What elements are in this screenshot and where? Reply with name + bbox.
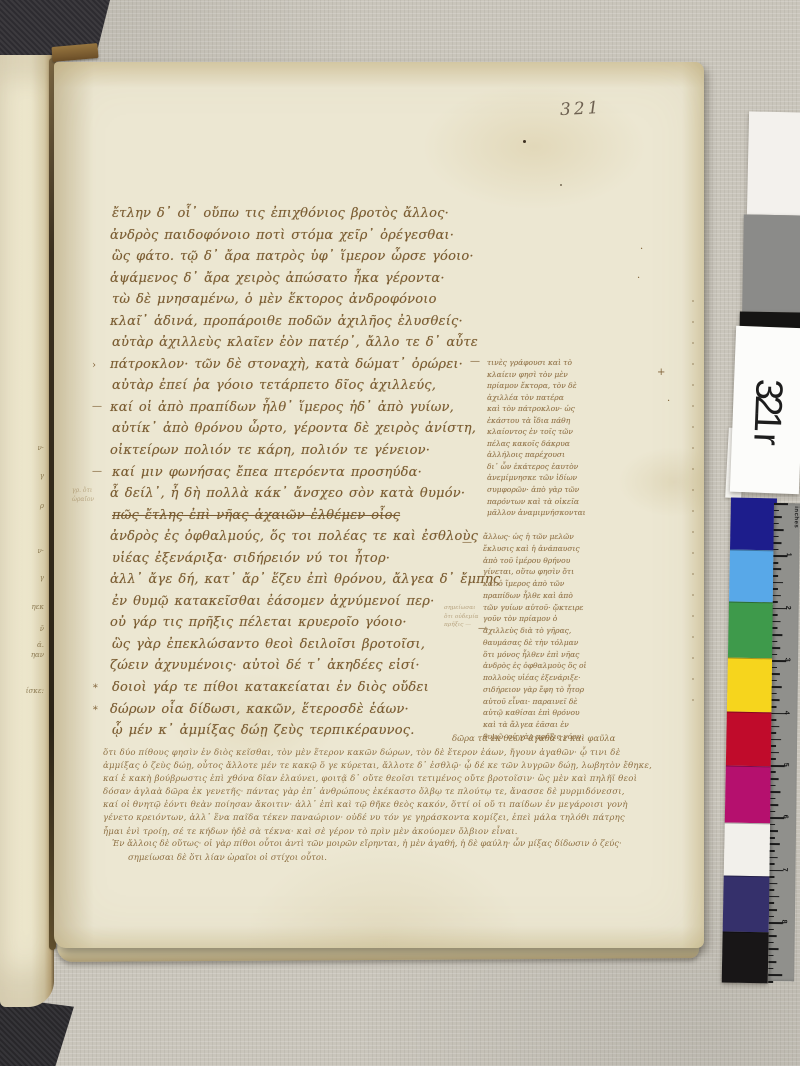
folio-label-card: 321 r [730,326,800,495]
ruler-tick [772,706,777,708]
pricking-dot [692,363,694,365]
color-patch-green [728,602,775,659]
left-margin-mark: — [92,466,102,477]
ruler-tick [769,942,774,944]
scholium-line: θαυμάσας δὲ τὴν τόλμαν [483,637,645,649]
ruler-tick [772,693,777,695]
ruler-number: 3 [784,658,791,662]
verse-line: ὣς φάτο. τῷ δ᾽ ἄρα πατρὸς ὑφ᾽ ἵμερον ὦρσ… [112,246,502,268]
verse-line: αὐτὰρ ἐπεί ῥα γόοιο τετάρπετο δῖος ἀχιλλ… [112,375,502,397]
ruler-tick [770,804,778,806]
left-margin-mark: — [92,401,102,412]
ruler-tick [768,974,782,976]
scholium-line: ἀχιλλέα τὸν πατέρα [487,392,645,404]
ruler-tick [772,680,777,682]
ruler-tick [772,667,777,669]
ruler-tick [769,929,774,931]
pricking-dot [692,489,694,491]
verse-line: ἀνδρὸς ἐς ὀφθαλμούς, ὅς τοι πολέας τε κα… [110,526,502,548]
verse-line: πῶς ἔτλης ἐπὶ νῆας ἀχαιῶν ἐλθέμεν οἶος [112,505,502,527]
pricking-dot [692,321,694,323]
edge-fragment: ά. [2,641,44,649]
color-patch-red [726,712,773,767]
scholium-line: ἀπὸ τοῦ ἱμέρου θρήνου [483,555,645,567]
ruler-tick [770,850,775,852]
ruler-tick [771,745,776,747]
scholium-line: δόσαν ἀγλαὰ δῶρα ἐκ γενετῆς· πάντας γὰρ … [103,786,649,799]
scholium-line: ἀλλήλοις παρέχουσι [487,449,645,461]
ruler-tick [773,588,778,590]
edge-fragment: ίσκε: [2,687,44,695]
scholium-line: καί οἱ θνητῷ ἐόντι θεὰν ποίησαν ἄκοιτιν·… [103,799,649,812]
scholium-line: συμφορῶν· ἀπὸ γὰρ τῶν [487,484,645,496]
ruler-tick [774,510,779,512]
right-margin-scholia-block-2: ἄλλως· ὡς ἡ τῶν μελῶνἔκλυσις καὶ ἡ ἀνάπα… [483,531,645,743]
pricking-dot [692,594,694,596]
ruler-tick [768,968,773,970]
edge-fragment: ν· [2,547,44,555]
ruler-tick [771,719,776,721]
scholium-line: ἄλλως· ὡς ἡ τῶν μελῶν [483,531,645,543]
color-patch-magenta [725,766,772,824]
ruler-tick [774,542,782,544]
scholium-line: πέλας κακοῖς δάκρυα [487,438,645,450]
scholium-line: ἧμαι ἐνὶ τροίῃ, σέ τε κήδων ἠδὲ σὰ τέκνα… [103,826,649,839]
right-margin-mark: — [478,623,488,634]
ruler-tick [769,935,777,937]
gutter-note-line: γρ. ὅτι [72,487,108,496]
ruler-tick [770,824,775,826]
right-margin-mark: — [470,356,480,367]
ruler-tick [771,739,781,741]
ruler-tick [772,640,777,642]
ruler-tick [773,595,781,597]
pricking-dot [692,342,694,344]
verse-line: οἰκτείρων πολιόν τε κάρη, πολιόν τε γένε… [110,440,502,462]
ruler-tick [769,948,779,950]
color-patch-white [724,822,771,876]
ruler-tick [770,837,775,839]
scholium-line: γένετο κρειόντων, ἀλλ᾽ ἕνα παῖδα τέκεν π… [103,812,649,825]
ruler-tick [771,778,779,780]
ruler-number: 7 [781,867,788,871]
edge-fragment: ρ [2,502,44,510]
ruler-tick [773,549,778,551]
bottom-scholia-block: ὅτι δύο πίθους φησὶν ἐν διὸς κεῖσθαι, τὸ… [103,747,649,839]
ruler-tick [768,961,776,963]
verse-line: τὼ δὲ μνησαμένω, ὁ μὲν ἕκτορος ἀνδροφόνο… [112,289,502,311]
ruler-tick [771,785,776,787]
scholium-line: κλαίοντος ἐν τοῖς τῶν [487,426,645,438]
right-margin-scholia-block-1: τινὲς γράφουσι καὶ τὸκλαίειν φησὶ τὸν μὲ… [487,357,645,519]
ruler-number: 4 [783,710,790,714]
pricking-dot [692,678,694,680]
verse-line: αὐτὰρ ἀχιλλεὺς κλαῖεν ἑὸν πατέρ᾽, ἄλλο τ… [112,332,502,354]
ruler-tick [772,634,782,636]
pricking-dot [692,510,694,512]
scholium-line: ἀμμίξας ὁ ζεὺς δώῃ, οὗτος ἄλλοτε μέν τε … [103,760,649,773]
scholium-line: κλαίειν φησὶ τὸν μὲν [487,369,645,381]
ruler-tick [770,843,780,845]
grayscale-card-gray [742,214,800,312]
verse-line: ὣς γὰρ ἐπεκλώσαντο θεοὶ δειλοῖσι βροτοῖσ… [112,634,502,656]
left-margin-mark: › [92,360,96,371]
scholium-line: τινὲς γράφουσι καὶ τὸ [487,357,645,369]
color-patch-black [722,931,769,983]
ruler-unit-label: inches [793,506,799,528]
ruler-tick [773,614,778,616]
scholium-line: ὅτι μόνος ἦλθεν ἐπὶ νῆας [483,649,645,661]
ruler-tick [769,889,774,891]
ruler-tick [773,568,781,570]
left-margin-mark: ∗ [92,681,99,692]
pricking-dot [692,699,694,701]
color-patch-light-blue [729,550,776,603]
ruler-tick [774,523,779,525]
scholium-line: παρόντων καὶ τὰ οἰκεῖα [487,496,645,508]
scholium-line: ἀνεμίμνησκε τῶν ἰδίων [487,472,645,484]
folio-label-text: 321 r [747,378,787,441]
scholium-line: καί ἑ κακὴ βούβρωστις ἐπὶ χθόνα δῖαν ἐλα… [103,773,649,786]
verse-line: κλαῖ᾽ ἁδινά, προπάροιθε ποδῶν ἀχιλῆος ἐλ… [110,311,502,333]
verse-line: ἆ δείλ᾽, ἦ δὴ πολλὰ κάκ᾽ ἄνσχεο σὸν κατὰ… [110,483,502,505]
gutter-margin-note: γρ. ὅτιὡραῖον [72,487,108,504]
pricking-dot [692,636,694,638]
ruler-tick [769,883,777,885]
verse-line: ἀνδρὸς παιδοφόνοιο ποτὶ στόμα χεῖρ᾽ ὀρέγ… [110,225,502,247]
spine-headband [51,43,98,62]
ruler-tick [770,811,775,813]
ink-dot-mark: · [667,396,670,407]
ruler-tick [770,863,775,865]
verse-line: δοιοὶ γάρ τε πίθοι κατακείαται ἐν διὸς ο… [112,677,502,699]
ruler-tick [769,915,774,917]
scholium-line: καὶ ὁ ἵμερος ἀπὸ τῶν [483,578,645,590]
ruler-tick [772,673,780,675]
side-note-line: ὅτι οὐδεμία [444,613,516,622]
edge-fragment: γ [2,472,44,480]
scholium-line: σημείωσαι δὲ ὅτι λίαν ὡραῖοι οἱ στίχοι ο… [112,852,642,866]
scholium-line: αὐτοῦ εἶναι· παραινεῖ δὲ [483,696,645,708]
color-patch-indigo [723,875,770,932]
facing-page-edge [0,55,54,1007]
side-note-line: σημείωσαι [444,604,516,613]
gutter-note-line: ὡραῖον [72,496,108,505]
ruler-tick [771,752,779,754]
ruler-tick [772,627,777,629]
ruler-tick [771,732,776,734]
pricking-dot [692,426,694,428]
ruler-number: 5 [782,763,789,767]
verse-line: αὐτίκ᾽ ἀπὸ θρόνου ὦρτο, γέροντα δὲ χειρὸ… [112,418,502,440]
scholium-line: γίνεται, οὕτω φησὶν ὅτι [483,566,645,578]
ruler-tick [769,902,774,904]
left-margin-mark: ∗ [92,703,99,714]
edge-fragment: ν̄ [2,625,44,633]
ruler-tick [774,536,779,538]
scholium-line: καὶ τὰ ἄλγεα ἐᾶσαι ἐν [483,719,645,731]
scholium-line: πολλοὺς υἱέας ἐξενάριξε· [483,672,645,684]
verse-line: ἔτλην δ᾽ οἷ᾽ οὔπω τις ἐπιχθόνιος βροτὸς … [112,203,502,225]
ruler-tick [772,699,780,701]
ruler-tick [768,981,773,983]
ruler-tick [770,857,778,859]
scholium-line: πραπίδων ἦλθε καὶ ἀπὸ [483,590,645,602]
ruler-tick [773,575,778,577]
ruler-tick [769,876,774,878]
scholium-line: ἔκλυσις καὶ ἡ ἀνάπαυσις [483,543,645,555]
ruler-tick [773,562,778,564]
ruler-tick [770,798,775,800]
ruler-tick [773,582,783,584]
pricking-dot [692,531,694,533]
color-patch-yellow [727,658,774,713]
folio-number: 321 [560,98,602,120]
pricking-dot [692,405,694,407]
verse-line: καί οἱ ἀπὸ πραπίδων ἦλθ᾽ ἵμερος ἠδ᾽ ἀπὸ … [110,397,502,419]
ruler-number: 8 [780,920,787,924]
ruler-tick [772,686,782,688]
scholium-line: αὐτῷ καθίσαι ἐπὶ θρόνου [483,707,645,719]
ruler-number: 1 [785,553,792,557]
ruler-tick [772,647,780,649]
pricking-dot [692,384,694,386]
verse-line: ἁψάμενος δ᾽ ἄρα χειρὸς ἀπώσατο ἦκα γέρον… [110,268,502,290]
scholium-line: ἀνδρὸς ἐς ὀφθαλμοὺς ὅς οἱ [483,660,645,672]
ruler-tick [770,830,778,832]
ink-speck [523,140,526,143]
pricking-dot [692,657,694,659]
edge-fragment: ν· [2,444,44,452]
verse-line: ᾧ μέν κ᾽ ἀμμίξας δώῃ ζεὺς τερπικέραυνος. [112,720,502,742]
edge-fragment: ηαν [2,651,44,659]
scholium-line: καὶ τὸν πάτροκλον· ὡς [487,403,645,415]
ink-dot-mark: + [657,367,665,378]
verse-line: πάτροκλον· τῶν δὲ στοναχὴ, κατὰ δώματ᾽ ὀ… [110,354,502,376]
pricking-dot [692,447,694,449]
ruler-tick [774,516,782,518]
scholium-line: ἑκάστου τὰ ἴδια πάθη [487,415,645,427]
verse-line: ζώειν ἀχνυμένοις· αὐτοὶ δέ τ᾽ ἀκηδέες εἰ… [110,655,502,677]
verse-line: υἱέας ἐξενάριξα· σιδήρειόν νύ τοι ἦτορ· [112,548,502,570]
pricking-dot [692,552,694,554]
ruler-tick [771,771,776,773]
ruler-tick [773,621,781,623]
ruler-tick [774,529,784,531]
verse-line: ἀλλ᾽ ἄγε δή, κατ᾽ ἄρ᾽ ἕζευ ἐπὶ θρόνου, ἄ… [110,569,502,591]
pricking-dot [692,300,694,302]
scholium-line: πρίαμον ἕκτορα, τὸν δὲ [487,380,645,392]
ruler-tick [768,955,773,957]
ruler-tick [771,758,776,760]
scholium-line: Ἐν ἄλλοις δὲ οὕτως· οἱ γὰρ πίθοι οὗτοι ἀ… [112,838,642,852]
ink-speck [560,184,562,186]
scholium-line: σιδήρειον γὰρ ἔφη τὸ ἦτορ [483,684,645,696]
main-text-block: ἔτλην δ᾽ οἷ᾽ οὔπω τις ἐπιχθόνιος βροτὸς … [110,203,502,742]
edge-fragment: γ [2,574,44,582]
ruler-tick [769,896,779,898]
color-patch-navy-blue [730,498,777,551]
ruler-tick [772,654,777,656]
verse-line: καί μιν φωνήσας ἔπεα πτερόεντα προσηύδα· [112,462,502,484]
edge-fragment: ηεκ [2,603,44,611]
ruler: inches 12345678 [768,503,800,981]
grayscale-card-white [747,111,800,215]
ruler-tick [773,601,778,603]
ink-dot-mark: · [640,244,643,255]
verse-line: δώρων οἷα δίδωσι, κακῶν, ἕτεροσδὲ ἑάων· [110,699,502,721]
pricking-dot [692,615,694,617]
ruler-number: 2 [784,605,791,609]
ruler-tick [770,791,780,793]
scholium-line: ὅτι δύο πίθους φησὶν ἐν διὸς κεῖσθαι, τὸ… [103,747,649,760]
bottom-scholia-lead-line: δῶρα τὰ ἐκ θεῶν ἀγαθά τε καὶ φαῦλα [452,734,615,744]
ink-dot-mark: · [637,273,640,284]
bottom-scholia-tail: Ἐν ἄλλοις δὲ οὕτως· οἱ γὰρ πίθοι οὗτοι ἀ… [112,838,642,865]
scholium-line: δι᾽ ὧν ἑκάτερος ἑαυτὸν [487,461,645,473]
pricking-dot [692,573,694,575]
ruler-number: 6 [782,815,789,819]
scholium-line: μᾶλλον ἀναμιμνήσκονται [487,507,645,519]
manuscript-photo: 321 ἔτλην δ᾽ οἷ᾽ οὔπω τις ἐπιχθόνιος βρο… [0,0,800,1066]
ruler-tick [769,909,777,911]
ruler-tick [771,726,779,728]
pricking-dot [692,468,694,470]
ruler-tick [774,503,788,505]
right-margin-mark: — [462,537,472,548]
